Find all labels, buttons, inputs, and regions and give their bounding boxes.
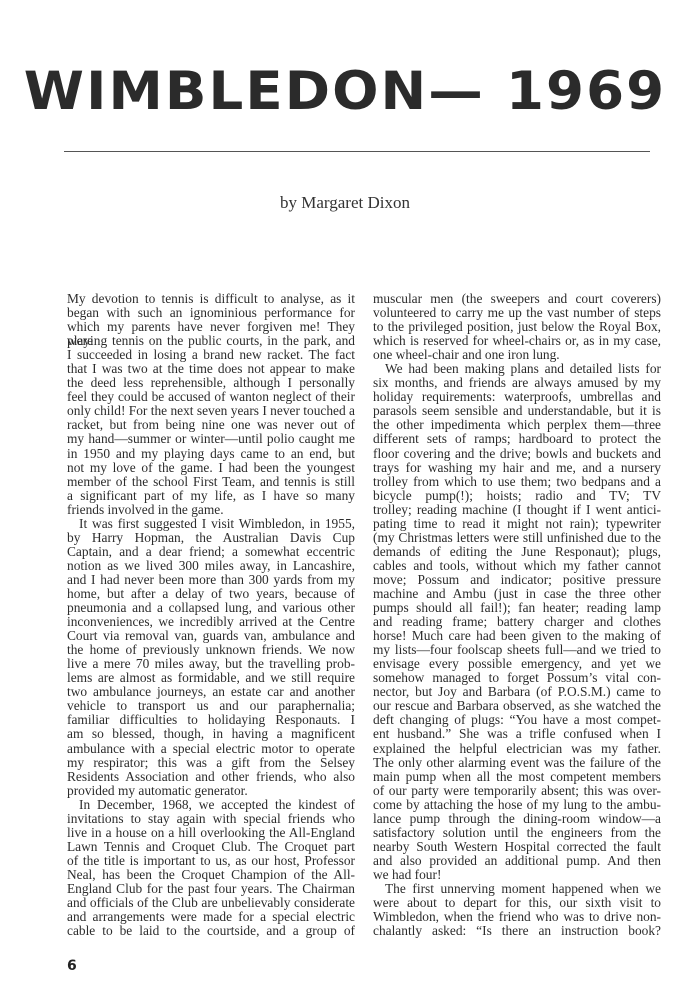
text-line: the home of previously unknown friends. … bbox=[67, 643, 355, 657]
text-line: horse! Much care had been given to the m… bbox=[373, 629, 661, 643]
text-line: Residents Association and other friends,… bbox=[67, 770, 355, 784]
text-line: of the title is important to us, as our … bbox=[67, 854, 355, 868]
text-line: provided my automatic generator. bbox=[67, 784, 355, 798]
text-line: live in a house on a hill overlooking th… bbox=[67, 826, 355, 840]
text-line: volunteered to carry me up the vast numb… bbox=[373, 306, 661, 320]
text-line: of our party were temporarily absent; th… bbox=[373, 784, 661, 798]
text-line: bicycle pump(!); hoists; radio and TV; T… bbox=[373, 489, 661, 503]
text-line: and reading frame; battery charger and c… bbox=[373, 615, 661, 629]
text-line: were about to depart for this, our sixth… bbox=[373, 896, 661, 910]
text-line: invitations to stay again with special f… bbox=[67, 812, 355, 826]
text-line: machine and Ambu (just in case the three… bbox=[373, 587, 661, 601]
text-line: live a mere 70 miles away, but the trave… bbox=[67, 657, 355, 671]
text-line: familiar difficulties to holidaying Resp… bbox=[67, 713, 355, 727]
text-line: and officials of the Club are unbelievab… bbox=[67, 896, 355, 910]
text-line: we had four! bbox=[373, 868, 661, 882]
text-line: demands of editing the June Responaut); … bbox=[373, 545, 661, 559]
text-line: that I was two at the time does not appe… bbox=[67, 362, 355, 376]
text-line: in 1950 and my playing days came to an e… bbox=[67, 447, 355, 461]
text-line: pumps should all fail!); fan heater; rea… bbox=[373, 601, 661, 615]
text-line: ent husband.” She was a trifle confused … bbox=[373, 727, 661, 741]
text-line: deft changing of plugs: “You have a most… bbox=[373, 713, 661, 727]
text-line: lems are almost as formidable, and we st… bbox=[67, 671, 355, 685]
text-line: floor covering and the drive; bowls and … bbox=[373, 447, 661, 461]
text-line: (my Christmas letters were still unfinis… bbox=[373, 531, 661, 545]
text-line: Court via removal van, guards van, ambul… bbox=[67, 629, 355, 643]
text-line: and I had never been more than 300 yards… bbox=[67, 573, 355, 587]
text-line: friends involved in the game. bbox=[67, 503, 355, 517]
text-line: ambulance with a special electric motor … bbox=[67, 742, 355, 756]
text-line: am so blessed, though, in having a magni… bbox=[67, 727, 355, 741]
text-line: my lists—four foolscap sheets full—and w… bbox=[373, 643, 661, 657]
text-line: England Club for the past four years. Th… bbox=[67, 882, 355, 896]
text-line: to the privileged position, just below t… bbox=[373, 320, 661, 334]
right-text-column: muscular men (the sweepers and court cov… bbox=[373, 292, 661, 938]
text-line: holiday requirements: waterproofs, umbre… bbox=[373, 390, 661, 404]
text-line: chalantly asked: “Is there an instructio… bbox=[373, 924, 661, 938]
text-line: my respirator; this was a gift from the … bbox=[67, 756, 355, 770]
text-line: one wheel-chair and one iron lung. bbox=[373, 348, 661, 362]
text-line: not my love of the game. I had been the … bbox=[67, 461, 355, 475]
text-line: inconveniences, we incredibly arrived at… bbox=[67, 615, 355, 629]
text-line: vehicle to transport us and our parapher… bbox=[67, 699, 355, 713]
text-line: It was first suggested I visit Wimbledon… bbox=[67, 517, 355, 531]
text-line: began with such an ignominious performan… bbox=[67, 306, 355, 320]
text-line: cable to be laid to the courtside, and a… bbox=[67, 924, 355, 938]
text-line: and also provided an additional pump. An… bbox=[373, 854, 661, 868]
page-number: 6 bbox=[67, 958, 77, 974]
text-line: my hand—summer or winter—until polio cau… bbox=[67, 432, 355, 446]
text-line: I succeeded in losing a brand new racket… bbox=[67, 348, 355, 362]
text-line: envisage every possible emergency, and y… bbox=[373, 657, 661, 671]
text-line: only child! For the next seven years I n… bbox=[67, 404, 355, 418]
text-line: cables and tools, without which my fathe… bbox=[373, 559, 661, 573]
article-title: WIMBLEDON— 1969 bbox=[0, 62, 690, 122]
text-line: racket, but from being nine one was neve… bbox=[67, 418, 355, 432]
text-line: Wimbledon, when the friend who was to dr… bbox=[373, 910, 661, 924]
text-line: Lawn Tennis and Croquet Club. The Croque… bbox=[67, 840, 355, 854]
text-line: feel they could be accused of wanton neg… bbox=[67, 390, 355, 404]
text-line: and arrangements were made for a special… bbox=[67, 910, 355, 924]
text-line: which my parents have never forgiven me!… bbox=[67, 320, 355, 334]
text-line: Neal, has been the Croquet Champion of t… bbox=[67, 868, 355, 882]
text-line: lance pump through the dining-room windo… bbox=[373, 812, 661, 826]
text-line: In December, 1968, we accepted the kinde… bbox=[67, 798, 355, 812]
text-line: the other impedimenta which perplex them… bbox=[373, 418, 661, 432]
text-line: different sets of ramps; hardboard to pr… bbox=[373, 432, 661, 446]
text-line: a significant part of my life, as I have… bbox=[67, 489, 355, 503]
text-line: nector, but Joy and Barbara (of P.O.S.M.… bbox=[373, 685, 661, 699]
text-line: muscular men (the sweepers and court cov… bbox=[373, 292, 661, 306]
text-line: We had been making plans and detailed li… bbox=[373, 362, 661, 376]
text-line: trays for washing my hair and me, and a … bbox=[373, 461, 661, 475]
text-line: main pump when all the most competent me… bbox=[373, 770, 661, 784]
text-line: explained the helpful electrician was my… bbox=[373, 742, 661, 756]
text-line: satisfactory solution until the engineer… bbox=[373, 826, 661, 840]
text-line: parasols seem sensible and understandabl… bbox=[373, 404, 661, 418]
left-text-column: My devotion to tennis is difficult to an… bbox=[67, 292, 355, 938]
text-line: somehow managed to forget Possum’s vital… bbox=[373, 671, 661, 685]
text-line: The first unnerving moment happened when… bbox=[373, 882, 661, 896]
text-line: My devotion to tennis is difficult to an… bbox=[67, 292, 355, 306]
text-line: nearby South Western Hospital corrected … bbox=[373, 840, 661, 854]
text-line: playing tennis on the public courts, in … bbox=[67, 334, 355, 348]
text-line: come by attaching the hose of my lung to… bbox=[373, 798, 661, 812]
text-line: The only other alarming event was the fa… bbox=[373, 756, 661, 770]
title-divider bbox=[64, 151, 650, 152]
text-line: which is reserved for wheel-chairs or, a… bbox=[373, 334, 661, 348]
text-line: home, but after a delay of two years, be… bbox=[67, 587, 355, 601]
text-line: move; Possum and indicator; positive pre… bbox=[373, 573, 661, 587]
text-line: our rescue and Barbara observed, as she … bbox=[373, 699, 661, 713]
text-line: Captain, and a dear friend; a somewhat e… bbox=[67, 545, 355, 559]
text-line: six months, and friends are always amuse… bbox=[373, 376, 661, 390]
text-line: notion as we lived 300 miles away, in La… bbox=[67, 559, 355, 573]
author-byline: by Margaret Dixon bbox=[0, 193, 690, 213]
text-line: pating time to read it might not rain); … bbox=[373, 517, 661, 531]
text-line: by Harry Hopman, the Australian Davis Cu… bbox=[67, 531, 355, 545]
text-line: member of the school First Team, and ten… bbox=[67, 475, 355, 489]
text-line: trolley; reading machine (I thought if I… bbox=[373, 503, 661, 517]
text-line: the deed less reprehensible, although I … bbox=[67, 376, 355, 390]
text-line: two ambulance journeys, an estate car an… bbox=[67, 685, 355, 699]
text-line: pneumonia and a collapsed lung, and vari… bbox=[67, 601, 355, 615]
text-line: trolley from which to use them; two bedp… bbox=[373, 475, 661, 489]
